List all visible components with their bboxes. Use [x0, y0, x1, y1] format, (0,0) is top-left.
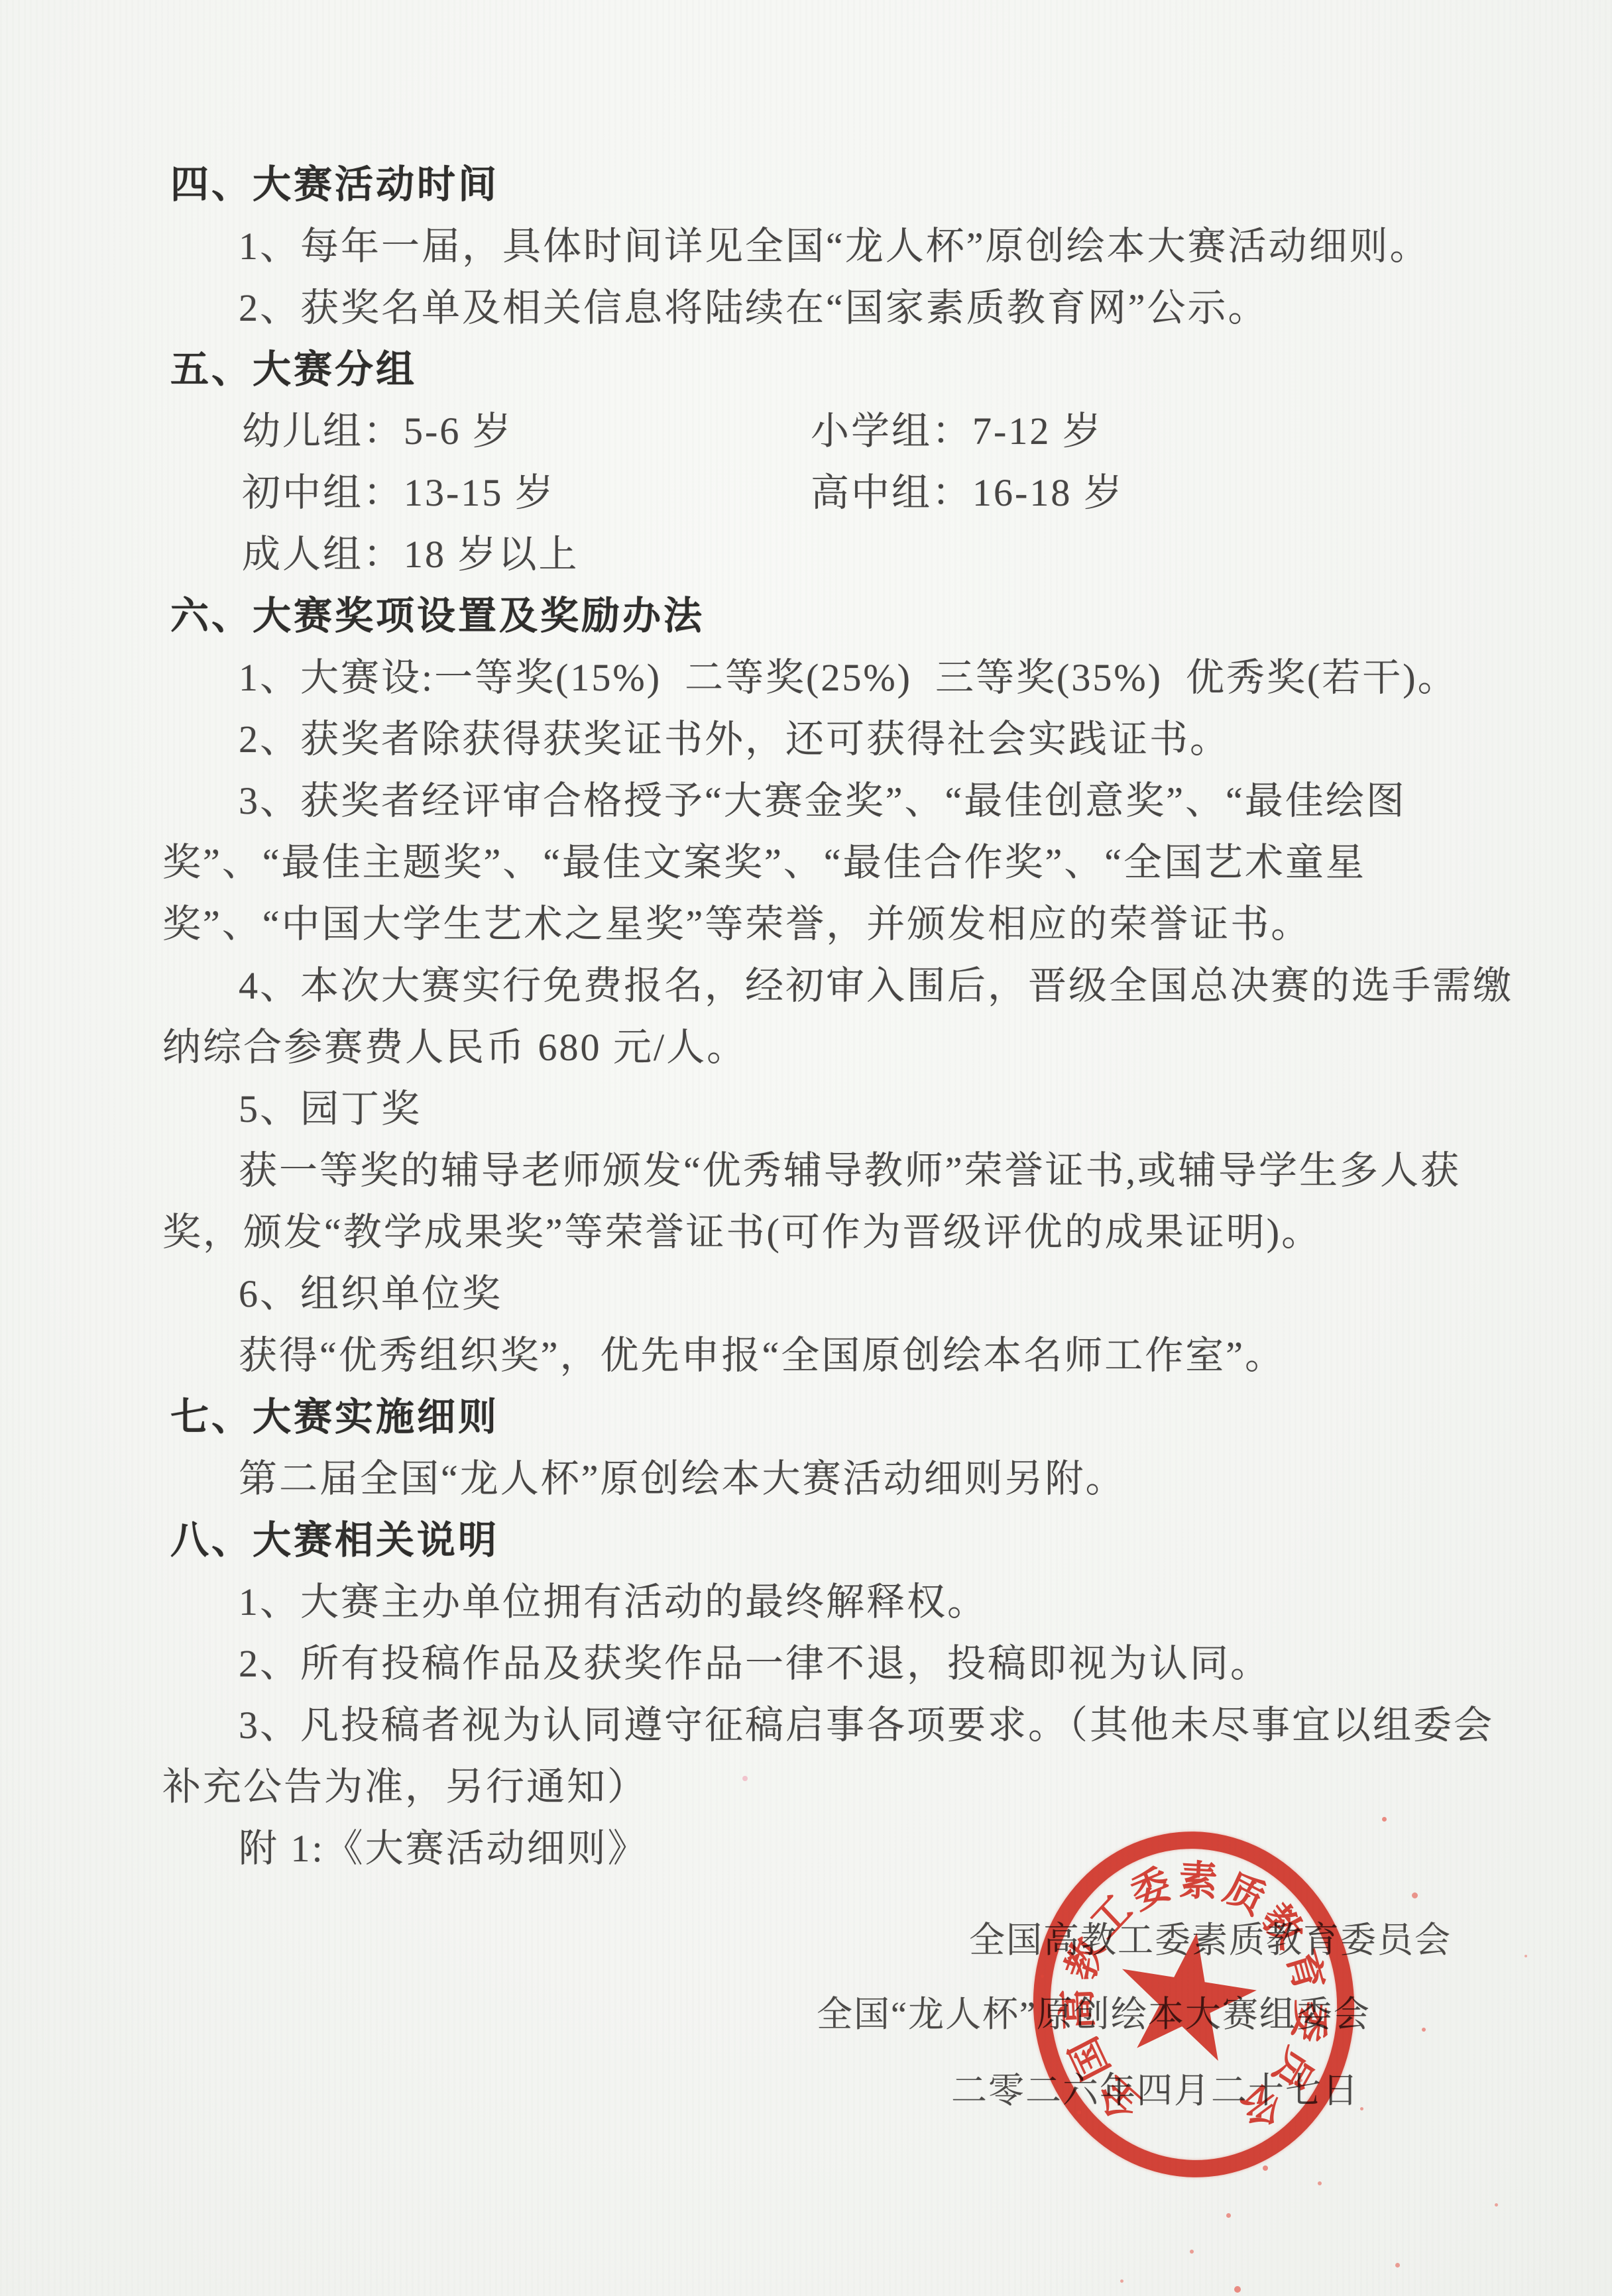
text-line: 获一等奖的辅导老师颁发“优秀辅导教师”荣誉证书,或辅导学生多人获 [239, 1140, 1528, 1201]
text-line: 奖”、“最佳主题奖”、“最佳文案奖”、“最佳合作奖”、“全国艺术童星 [162, 832, 1528, 893]
text-line: 奖，颁发“教学成果奖”等荣誉证书(可作为晋级评优的成果证明)。 [162, 1201, 1528, 1263]
ink-dot [1395, 2263, 1400, 2268]
ink-dot [1525, 1955, 1527, 1957]
ink-dot [1318, 2181, 1322, 2185]
text-line: 奖”、“中国大学生艺术之星奖”等荣誉，并颁发相应的荣誉证书。 [162, 893, 1528, 955]
text-line: 纳综合参赛费人民币 680 元/人。 [162, 1016, 1528, 1078]
group-cell: 幼儿组：5-6 岁 [242, 400, 811, 462]
ink-dot [1234, 2286, 1241, 2293]
text-line: 1、每年一届，具体时间详见全国“龙人杯”原创绘本大赛活动细则。 [239, 215, 1528, 277]
ink-dot [1041, 1975, 1044, 1978]
seal-char: 高 [1045, 1988, 1102, 2031]
ink-dot [742, 1776, 748, 1781]
ink-dot [1360, 2107, 1363, 2110]
official-seal: 全国高教工委素质教育委员会 [1019, 1818, 1369, 2191]
ink-dot [1077, 2110, 1081, 2114]
ink-dot [1190, 2250, 1194, 2254]
section-heading: 四、大赛活动时间 [170, 154, 1528, 215]
text-line: 第二届全国“龙人杯”原创绘本大赛活动细则另附。 [239, 1448, 1528, 1509]
ink-dot [1226, 2213, 1231, 2218]
text-line: 3、获奖者经评审合格授予“大赛金奖”、“最佳创意奖”、“最佳绘图 [239, 770, 1528, 832]
seal-char: 素 [1178, 1847, 1218, 1908]
group-cell: 成人组：18 岁以上 [242, 523, 811, 585]
text-line: 3、凡投稿者视为认同遵守征稿启事各项要求。（其他未尽事宜以组委会 [239, 1694, 1528, 1756]
text-line: 幼儿组：5-6 岁小学组：7-12 岁 [242, 400, 1528, 462]
text-line: 2、所有投稿作品及获奖作品一律不退，投稿即视为认同。 [239, 1633, 1528, 1694]
section-heading: 七、大赛实施细则 [170, 1386, 1528, 1448]
text-line: 2、获奖者除获得获奖证书外，还可获得社会实践证书。 [239, 708, 1528, 770]
text-line: 获得“优秀组织奖”，优先申报“全国原创绘本名师工作室”。 [239, 1325, 1528, 1386]
text-line: 1、大赛设:一等奖(15%) 二等奖(25%) 三等奖(35%) 优秀奖(若干)… [239, 647, 1528, 708]
ink-dot [1120, 2279, 1123, 2283]
text-line: 补充公告为准，另行通知） [162, 1756, 1528, 1818]
section-heading: 八、大赛相关说明 [170, 1509, 1528, 1571]
text-line: 1、大赛主办单位拥有活动的最终解释权。 [239, 1571, 1528, 1633]
ink-dot [1263, 2165, 1268, 2171]
text-line: 成人组：18 岁以上 [242, 523, 1528, 585]
ink-dot [1422, 2028, 1426, 2032]
text-line: 2、获奖名单及相关信息将陆续在“国家素质教育网”公示。 [239, 277, 1528, 339]
ink-dot [1299, 2079, 1302, 2082]
group-cell: 初中组：13-15 岁 [242, 462, 811, 523]
group-cell: 高中组：16-18 岁 [811, 462, 1124, 523]
scanned-document-page: 四、大赛活动时间1、每年一届，具体时间详见全国“龙人杯”原创绘本大赛活动细则。2… [0, 0, 1612, 2296]
ink-dot [1382, 1817, 1387, 1822]
text-line: 5、园丁奖 [239, 1078, 1528, 1140]
section-heading: 六、大赛奖项设置及奖励办法 [170, 585, 1528, 647]
ink-dot [1495, 2203, 1498, 2207]
text-line: 初中组：13-15 岁高中组：16-18 岁 [242, 462, 1528, 523]
text-line: 4、本次大赛实行免费报名，经初审入围后，晋级全国总决赛的选手需缴 [239, 955, 1528, 1016]
ink-dot [504, 1837, 508, 1841]
ink-dot [1412, 1892, 1418, 1898]
section-heading: 五、大赛分组 [170, 339, 1528, 400]
group-cell: 小学组：7-12 岁 [811, 400, 1103, 462]
document-body: 四、大赛活动时间1、每年一届，具体时间详见全国“龙人杯”原创绘本大赛活动细则。2… [162, 154, 1528, 1879]
text-line: 6、组织单位奖 [239, 1263, 1528, 1325]
seal-char: 委 [1283, 1997, 1342, 2046]
